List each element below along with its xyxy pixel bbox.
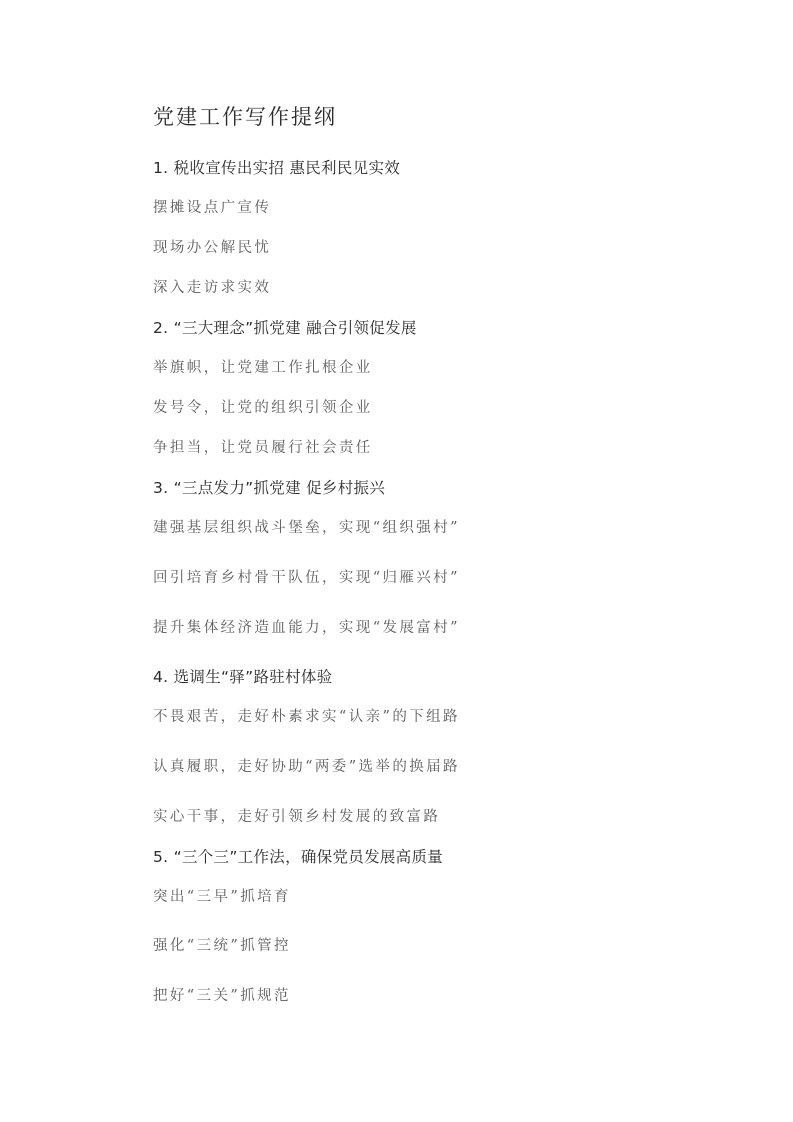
section-heading-4: 4. 选调生“驿”路驻村体验 bbox=[153, 666, 332, 688]
section-4-item-1: 不畏艰苦，走好朴素求实“认亲”的下组路 bbox=[153, 706, 460, 728]
document-page: 党建工作写作提纲 1. 税收宣传出实招 惠民利民见实效 摆摊设点广宣传 现场办公… bbox=[0, 0, 793, 1122]
section-2-item-1: 举旗帜，让党建工作扎根企业 bbox=[153, 357, 373, 379]
section-4-item-3: 实心干事，走好引领乡村发展的致富路 bbox=[153, 806, 440, 828]
section-1-item-1: 摆摊设点广宣传 bbox=[153, 197, 271, 219]
section-5-item-1: 突出“三早”抓培育 bbox=[153, 886, 291, 908]
section-5-item-2: 强化“三统”抓管控 bbox=[153, 935, 291, 957]
section-heading-1: 1. 税收宣传出实招 惠民利民见实效 bbox=[153, 157, 400, 179]
section-4-item-2: 认真履职，走好协助“两委”选举的换届路 bbox=[153, 756, 460, 778]
section-3-item-1: 建强基层组织战斗堡垒，实现“组织强村” bbox=[153, 517, 460, 539]
document-title: 党建工作写作提纲 bbox=[153, 103, 337, 131]
section-1-item-2: 现场办公解民忧 bbox=[153, 237, 271, 259]
section-5-item-3: 把好“三关”抓规范 bbox=[153, 985, 291, 1007]
section-1-item-3: 深入走访求实效 bbox=[153, 277, 271, 299]
section-2-item-3: 争担当，让党员履行社会责任 bbox=[153, 437, 373, 459]
section-2-item-2: 发号令，让党的组织引领企业 bbox=[153, 397, 373, 419]
section-heading-5: 5. “三个三”工作法，确保党员发展高质量 bbox=[153, 846, 443, 868]
section-3-item-2: 回引培育乡村骨干队伍，实现“归雁兴村” bbox=[153, 567, 460, 589]
section-heading-3: 3. “三点发力”抓党建 促乡村振兴 bbox=[153, 477, 385, 499]
section-heading-2: 2. “三大理念”抓党建 融合引领促发展 bbox=[153, 317, 417, 339]
section-3-item-3: 提升集体经济造血能力，实现“发展富村” bbox=[153, 617, 460, 639]
